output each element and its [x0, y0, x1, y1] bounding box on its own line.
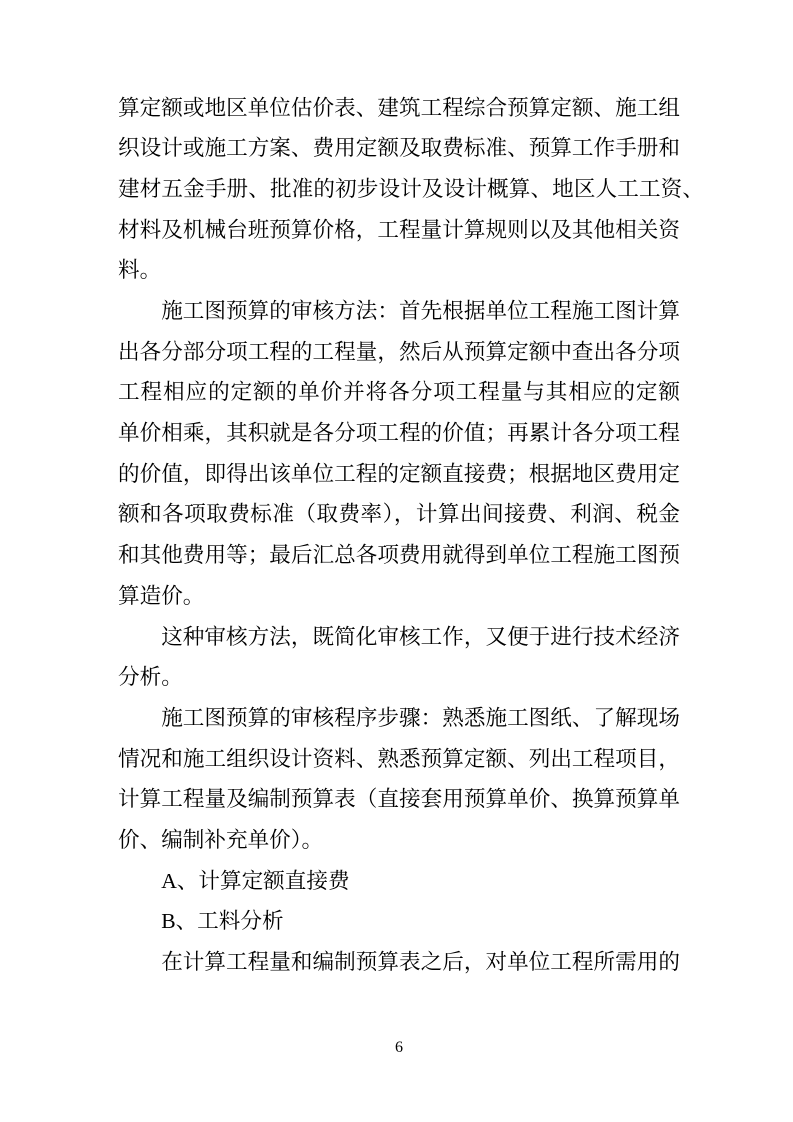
doc-line: 建材五金手册、批准的初步设计及设计概算、地区人工工资、 [118, 169, 704, 210]
doc-line: 单价相乘，其积就是各分项工程的价值；再累计各分项工程 [118, 413, 680, 454]
doc-line: B、工料分析 [118, 901, 680, 942]
doc-line: 和其他费用等；最后汇总各项费用就得到单位工程施工图预 [118, 535, 680, 576]
doc-line: 料。 [118, 250, 680, 291]
doc-line: 工程相应的定额的单价并将各分项工程量与其相应的定额 [118, 372, 680, 413]
doc-line: 算定额或地区单位估价表、建筑工程综合预算定额、施工组 [118, 88, 680, 129]
doc-line: 价、编制补充单价）。 [118, 820, 680, 861]
document-body: 算定额或地区单位估价表、建筑工程综合预算定额、施工组 织设计或施工方案、费用定额… [118, 88, 680, 983]
doc-line: 计算工程量及编制预算表（直接套用预算单价、换算预算单 [118, 779, 680, 820]
doc-line: 这种审核方法，既简化审核工作，又便于进行技术经济 [118, 617, 680, 658]
doc-line: 材料及机械台班预算价格，工程量计算规则以及其他相关资 [118, 210, 680, 251]
doc-line: A、计算定额直接费 [118, 861, 680, 902]
doc-line: 分析。 [118, 657, 680, 698]
doc-line: 额和各项取费标准（取费率），计算出间接费、利润、税金 [118, 494, 680, 535]
doc-line: 的价值，即得出该单位工程的定额直接费；根据地区费用定 [118, 454, 680, 495]
doc-line: 算造价。 [118, 576, 680, 617]
doc-line: 施工图预算的审核程序步骤：熟悉施工图纸、了解现场 [118, 698, 680, 739]
doc-line: 情况和施工组织设计资料、熟悉预算定额、列出工程项目， [118, 739, 680, 780]
doc-line: 出各分部分项工程的工程量，然后从预算定额中查出各分项 [118, 332, 680, 373]
doc-line: 在计算工程量和编制预算表之后，对单位工程所需用的 [118, 942, 680, 983]
doc-line: 施工图预算的审核方法：首先根据单位工程施工图计算 [118, 291, 680, 332]
doc-line: 织设计或施工方案、费用定额及取费标准、预算工作手册和 [118, 128, 680, 169]
document-page: 算定额或地区单位估价表、建筑工程综合预算定额、施工组 织设计或施工方案、费用定额… [0, 0, 793, 1122]
page-number: 6 [118, 1036, 680, 1060]
